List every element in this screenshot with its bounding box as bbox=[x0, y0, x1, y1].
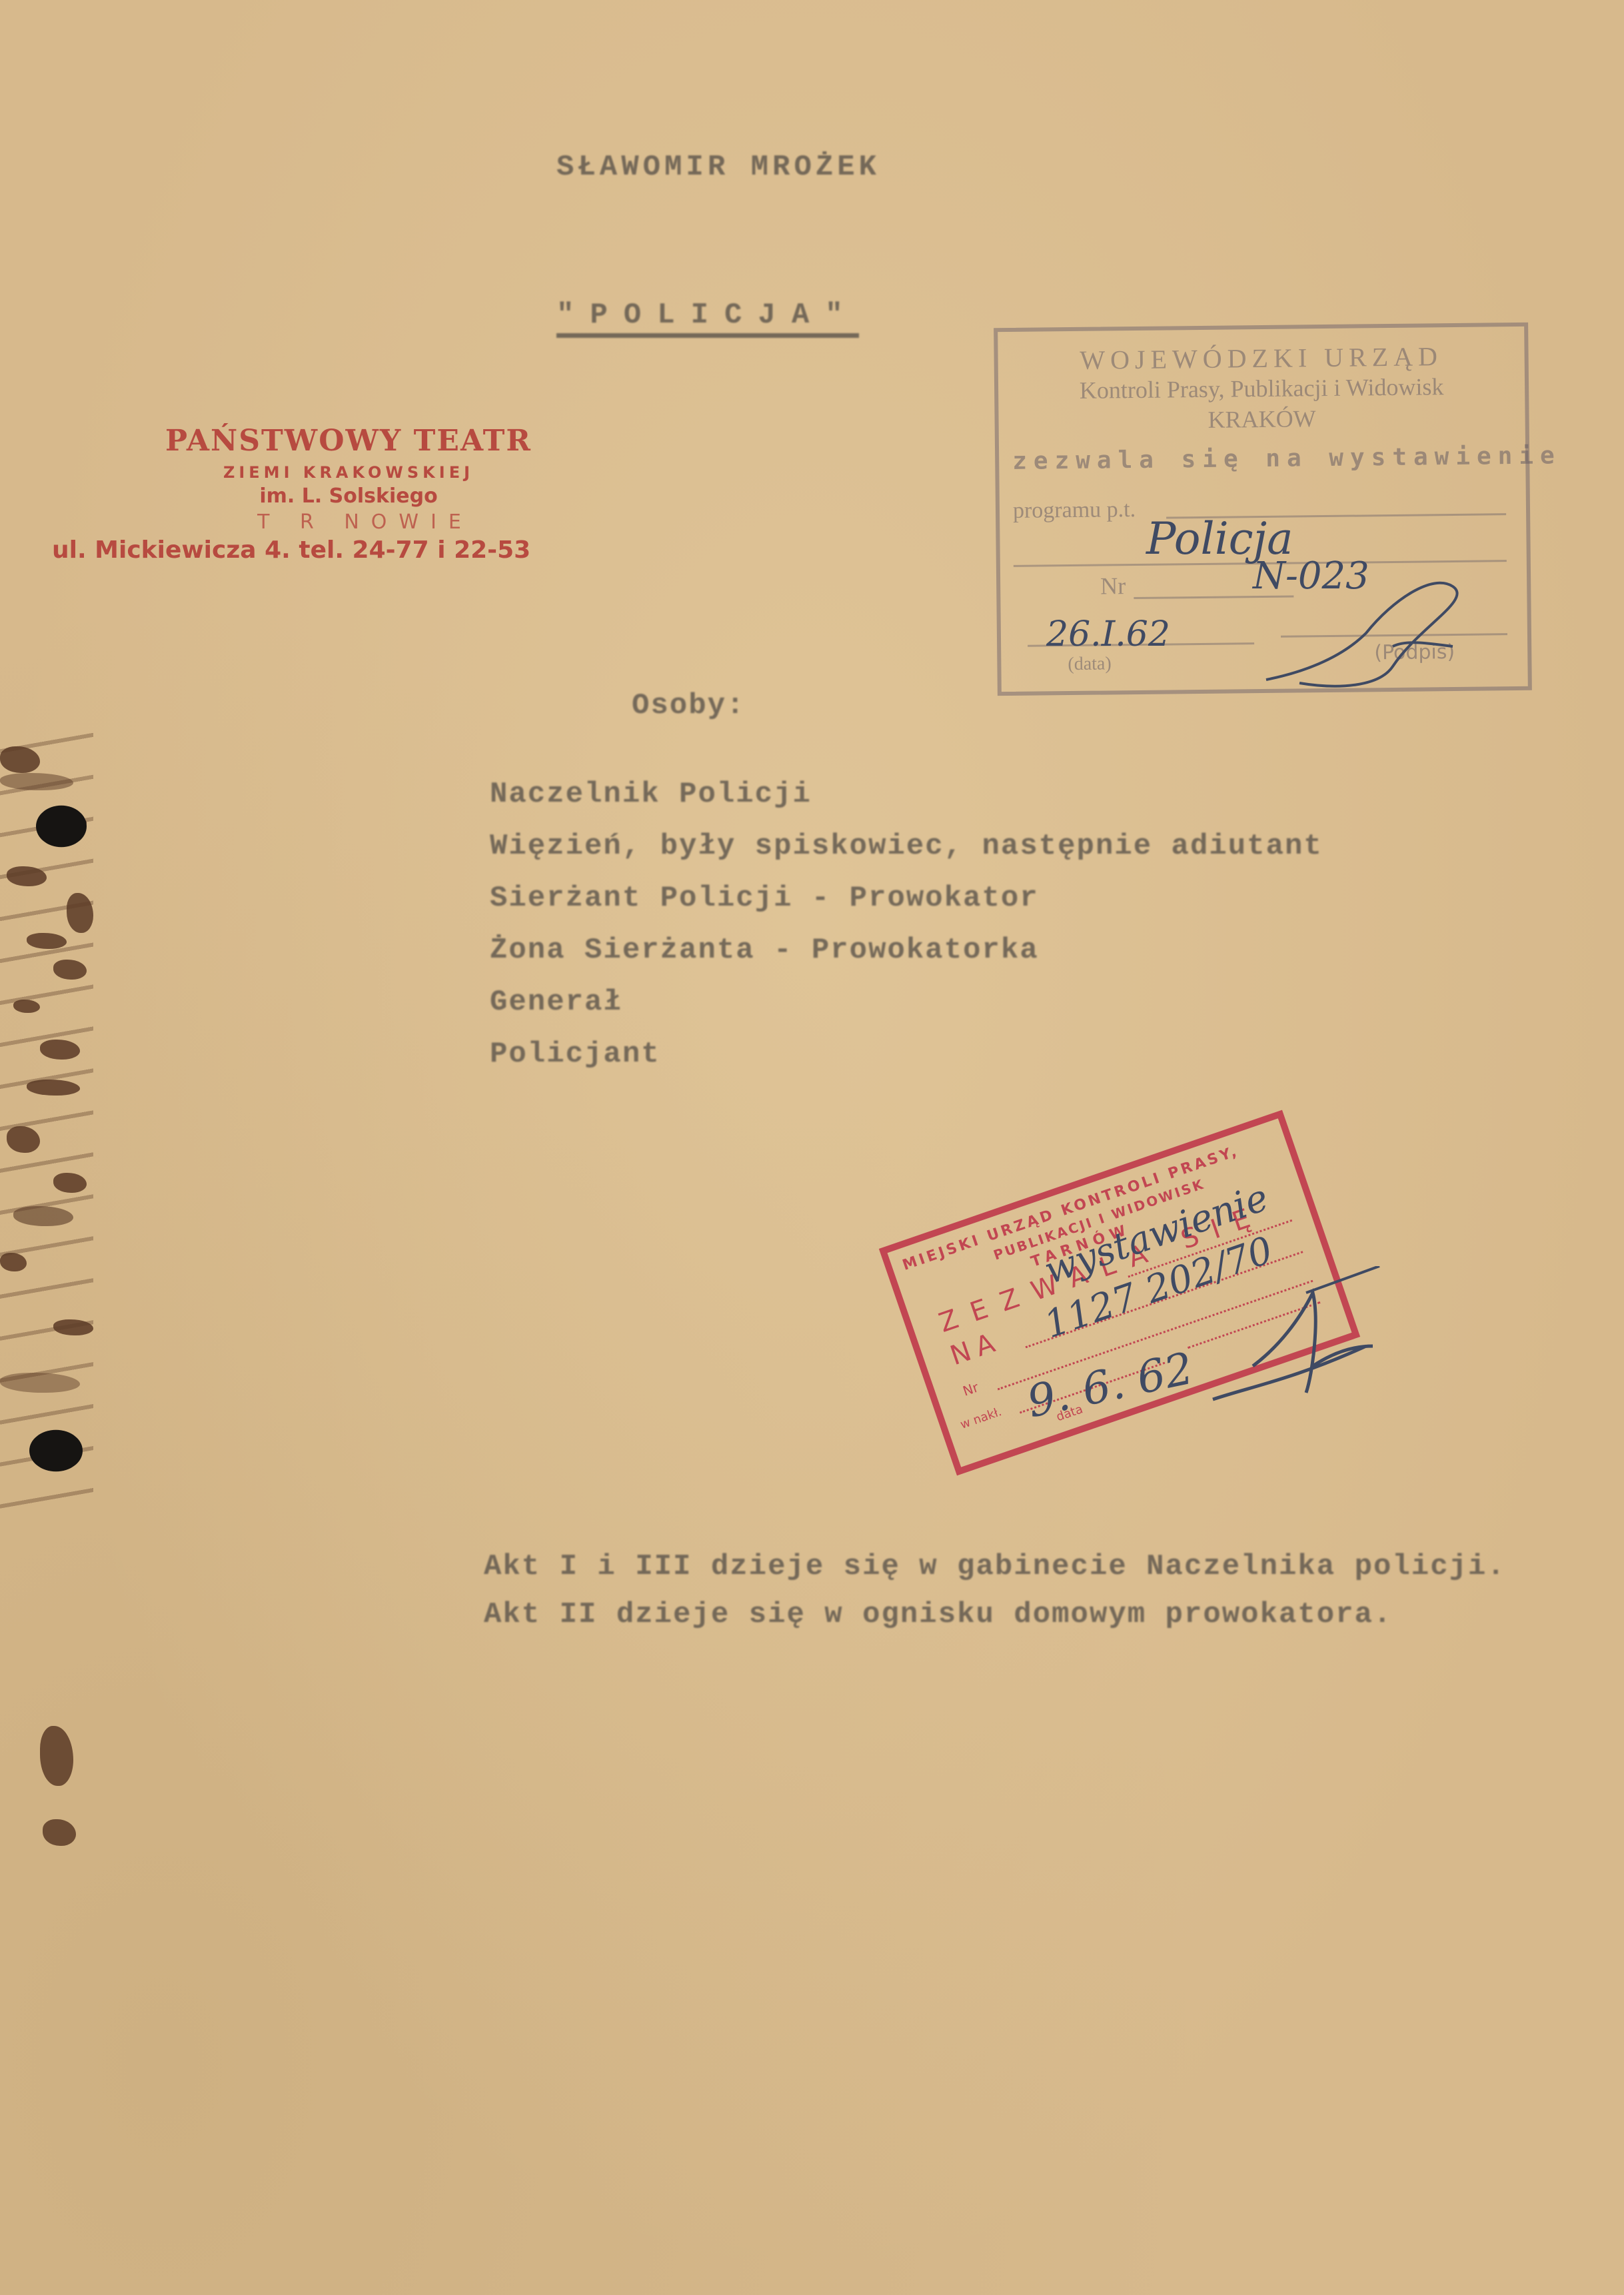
krakow-stamp-city: KRAKÓW bbox=[998, 402, 1525, 436]
punch-hole bbox=[36, 806, 87, 847]
rust-spot bbox=[27, 1080, 80, 1096]
krakow-stamp-nr-label: Nr bbox=[1100, 572, 1126, 600]
theatre-stamp-patron: im. L. Solskiego bbox=[79, 484, 618, 508]
krakow-stamp-office: WOJEWÓDZKI URZĄD bbox=[998, 340, 1524, 377]
cast-item: Sierżant Policji - Prowokator bbox=[490, 884, 1323, 913]
signature-icon bbox=[1200, 1266, 1386, 1413]
act-setting-line: Akt II dzieje się w ognisku domowym prow… bbox=[484, 1598, 1506, 1631]
krakow-stamp-date-label: (data) bbox=[1068, 653, 1112, 675]
act-settings: Akt I i III dzieje się w gabinecie Nacze… bbox=[484, 1550, 1506, 1646]
cast-list: Naczelnik Policji Więzień, były spiskowi… bbox=[490, 780, 1323, 1092]
cast-item: Policjant bbox=[490, 1040, 1323, 1069]
rust-spot bbox=[53, 1319, 93, 1335]
handwritten-date: 26.I.62 bbox=[1046, 614, 1170, 654]
tarnow-stamp-nr-label: Nr bbox=[961, 1379, 981, 1399]
cast-item: Żona Sierżanta - Prowokatorka bbox=[490, 936, 1323, 965]
krakow-stamp-permission: zezwala się na wystawienie bbox=[999, 442, 1525, 475]
punch-hole bbox=[29, 1430, 83, 1471]
rust-spot bbox=[43, 1819, 76, 1846]
rust-spot bbox=[40, 1726, 73, 1786]
document-page: SŁAWOMIR MROŻEK "POLICJA" PAŃSTWOWY TEAT… bbox=[0, 0, 1624, 2295]
tarnow-stamp-nakl-label: w nakł. bbox=[958, 1405, 1003, 1432]
rust-spot bbox=[13, 1000, 40, 1013]
rust-staining bbox=[0, 733, 93, 1519]
theatre-stamp-name: PAŃSTWOWY TEATR bbox=[79, 424, 618, 458]
theatre-stamp-address: ul. Mickiewicza 4. tel. 24-77 i 22-53 bbox=[52, 536, 618, 564]
rust-spot bbox=[0, 773, 73, 790]
cast-item: Więzień, były spiskowiec, następnie adiu… bbox=[490, 832, 1323, 861]
theatre-stamp-region: ZIEMI KRAKOWSKIEJ bbox=[79, 463, 618, 482]
cast-item: Generał bbox=[490, 988, 1323, 1017]
act-setting-line: Akt I i III dzieje się w gabinecie Nacze… bbox=[484, 1550, 1506, 1583]
krakow-stamp-dept: Kontroli Prasy, Publikacji i Widowisk bbox=[998, 372, 1525, 405]
theatre-stamp-city: T R NOWIE bbox=[112, 510, 618, 534]
cast-heading: Osoby: bbox=[632, 689, 745, 722]
author-name: SŁAWOMIR MROŻEK bbox=[556, 151, 880, 184]
theatre-stamp: PAŃSTWOWY TEATR ZIEMI KRAKOWSKIEJ im. L.… bbox=[152, 424, 618, 564]
rust-spot bbox=[27, 933, 67, 949]
cast-item: Naczelnik Policji bbox=[490, 780, 1323, 809]
signature-icon bbox=[1259, 573, 1473, 693]
play-title: "POLICJA" bbox=[556, 299, 859, 338]
